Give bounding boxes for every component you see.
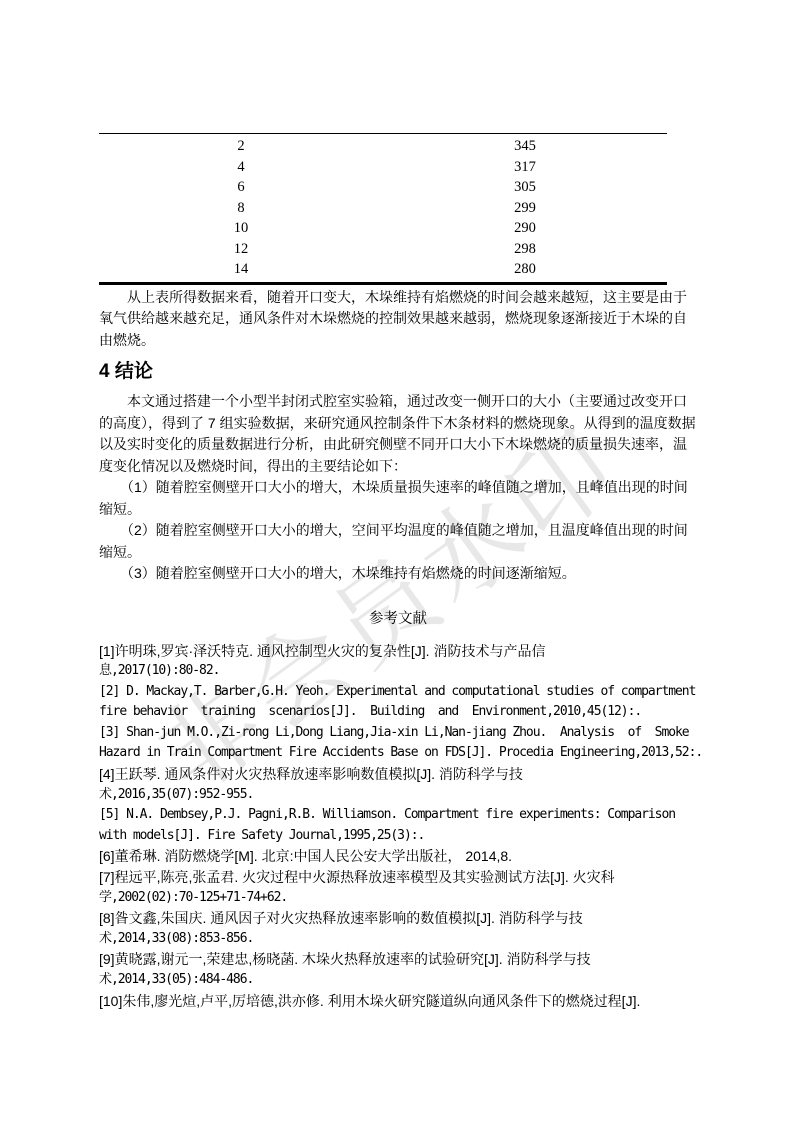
table-row: 2 345 [99, 136, 667, 157]
conclusion-item-2: （2）随着腔室侧壁开口大小的增大，空间平均温度的峰值随之增加，且温度峰值出现的时… [99, 520, 697, 563]
text-line: [4]王跃琴. 通风条件对火灾热释放速率影响数值模拟[J]. 消防科学与技 [99, 764, 697, 785]
table-cell-opening: 6 [99, 177, 383, 198]
table-row: 14 280 [99, 259, 667, 280]
table-row: 8 299 [99, 198, 667, 219]
text-line: [8]昝文鑫,朱国庆. 通风因子对火灾热释放速率影响的数值模拟[J]. 消防科学… [99, 908, 697, 929]
section-heading-conclusion: 4 结论 [99, 358, 697, 385]
text-line: 息,2017(10):80-82. [99, 661, 697, 682]
table-row: 4 317 [99, 157, 667, 178]
text-line: 术,2016,35(07):952-955. [99, 785, 697, 806]
text-line: （1）随着腔室侧壁开口大小的增大，木垛质量损失速率的峰值随之增加，且峰值出现的时… [99, 477, 697, 499]
text-line: with models[J]. Fire Safety Journal,1995… [99, 826, 697, 847]
table-cell-opening: 14 [99, 259, 383, 280]
text-line: 本文通过搭建一个小型半封闭式腔室实验箱，通过改变一侧开口的大小（主要通过改变开口 [99, 391, 697, 413]
table-cell-time: 305 [383, 177, 667, 198]
document-page: 非会员水印 2 345 4 317 6 305 8 299 10 290 [0, 0, 793, 1122]
text-line: [7]程远平,陈亮,张孟君. 火灾过程中火源热释放速率模型及其实验测试方法[J]… [99, 867, 697, 888]
reference-item: [3] Shan-jun M.O.,Zi-rong Li,Dong Liang,… [99, 723, 697, 764]
references-list: [1]许明珠,罗宾·泽沃特克. 通风控制型火灾的复杂性[J]. 消防技术与产品信… [99, 641, 697, 1012]
table-cell-time: 290 [383, 218, 667, 239]
text-line: [1]许明珠,罗宾·泽沃特克. 通风控制型火灾的复杂性[J]. 消防技术与产品信 [99, 641, 697, 662]
text-line: [9]黄晓露,谢元一,荣建忠,杨晓菡. 木垛火热释放速率的试验研究[J]. 消防… [99, 949, 697, 970]
table-cell-time: 317 [383, 157, 667, 178]
table-cell-opening: 12 [99, 239, 383, 260]
text-line: 度变化情况以及燃烧时间，得出的主要结论如下： [99, 456, 697, 478]
table-row: 10 290 [99, 218, 667, 239]
text-line: 以及实时变化的质量数据进行分析，由此研究侧壁不同开口大小下木垛燃烧的质量损失速率… [99, 434, 697, 456]
text-line: [10]朱伟,廖光煊,卢平,厉培德,洪亦修. 利用木垛火研究隧道纵向通风条件下的… [99, 991, 697, 1012]
reference-item: [1]许明珠,罗宾·泽沃特克. 通风控制型火灾的复杂性[J]. 消防技术与产品信… [99, 641, 697, 682]
text-line: [3] Shan-jun M.O.,Zi-rong Li,Dong Liang,… [99, 723, 697, 744]
text-line: 学,2002(02):70-125+71-74+62. [99, 888, 697, 909]
text-line: 术,2014,33(08):853-856. [99, 929, 697, 950]
conclusion-intro-paragraph: 本文通过搭建一个小型半封闭式腔室实验箱，通过改变一侧开口的大小（主要通过改变开口… [99, 391, 697, 477]
table-cell-time: 298 [383, 239, 667, 260]
conclusion-item-1: （1）随着腔室侧壁开口大小的增大，木垛质量损失速率的峰值随之增加，且峰值出现的时… [99, 477, 697, 520]
text-line: 缩短。 [99, 542, 697, 564]
table-cell-opening: 8 [99, 198, 383, 219]
table-cell-time: 299 [383, 198, 667, 219]
table-cell-opening: 4 [99, 157, 383, 178]
text-line: [5] N.A. Dembsey,P.J. Pagni,R.B. William… [99, 805, 697, 826]
reference-item: [9]黄晓露,谢元一,荣建忠,杨晓菡. 木垛火热释放速率的试验研究[J]. 消防… [99, 949, 697, 990]
text-line: 由燃烧。 [99, 330, 697, 352]
table-cell-time: 280 [383, 259, 667, 280]
conclusion-item-3: （3）随着腔室侧壁开口大小的增大，木垛维持有焰燃烧的时间逐渐缩短。 [99, 563, 697, 585]
reference-item: [4]王跃琴. 通风条件对火灾热释放速率影响数值模拟[J]. 消防科学与技术,2… [99, 764, 697, 805]
table-cell-opening: 2 [99, 136, 383, 157]
text-line: 术,2014,33(05):484-486. [99, 970, 697, 991]
text-line: 氧气供给越来越充足，通风条件对木垛燃烧的控制效果越来越弱，燃烧现象逐渐接近于木垛… [99, 308, 697, 330]
page-content: 2 345 4 317 6 305 8 299 10 290 12 298 [99, 0, 697, 1011]
reference-item: [7]程远平,陈亮,张孟君. 火灾过程中火源热释放速率模型及其实验测试方法[J]… [99, 867, 697, 908]
reference-item: [10]朱伟,廖光煊,卢平,厉培德,洪亦修. 利用木垛火研究隧道纵向通风条件下的… [99, 991, 697, 1012]
reference-item: [5] N.A. Dembsey,P.J. Pagni,R.B. William… [99, 805, 697, 846]
text-line: 缩短。 [99, 499, 697, 521]
text-line: [6]董希琳. 消防燃烧学[M]. 北京:中国人民公安大学出版社， 2014,8… [99, 846, 697, 867]
reference-item: [2] D. Mackay,T. Barber,G.H. Yeoh. Exper… [99, 682, 697, 723]
text-line: 的高度），得到了 7 组实验数据，来研究通风控制条件下木条材料的燃烧现象。从得到… [99, 413, 697, 435]
text-line: Hazard in Train Compartment Fire Acciden… [99, 743, 697, 764]
table-cell-opening: 10 [99, 218, 383, 239]
data-table: 2 345 4 317 6 305 8 299 10 290 12 298 [99, 133, 667, 285]
reference-item: [8]昝文鑫,朱国庆. 通风因子对火灾热释放速率影响的数值模拟[J]. 消防科学… [99, 908, 697, 949]
references-heading: 参考文献 [99, 609, 697, 630]
table-row: 6 305 [99, 177, 667, 198]
text-line: 从上表所得数据来看，随着开口变大，木垛维持有焰燃烧的时间会越来越短，这主要是由于 [99, 287, 697, 309]
text-line: （2）随着腔室侧壁开口大小的增大，空间平均温度的峰值随之增加，且温度峰值出现的时… [99, 520, 697, 542]
text-line: （3）随着腔室侧壁开口大小的增大，木垛维持有焰燃烧的时间逐渐缩短。 [99, 563, 697, 585]
text-line: [2] D. Mackay,T. Barber,G.H. Yeoh. Exper… [99, 682, 697, 703]
table-cell-time: 345 [383, 136, 667, 157]
text-line: fire behavior training scenarios[J]. Bui… [99, 702, 697, 723]
analysis-paragraph: 从上表所得数据来看，随着开口变大，木垛维持有焰燃烧的时间会越来越短，这主要是由于… [99, 287, 697, 352]
reference-item: [6]董希琳. 消防燃烧学[M]. 北京:中国人民公安大学出版社， 2014,8… [99, 846, 697, 867]
table-row: 12 298 [99, 239, 667, 260]
